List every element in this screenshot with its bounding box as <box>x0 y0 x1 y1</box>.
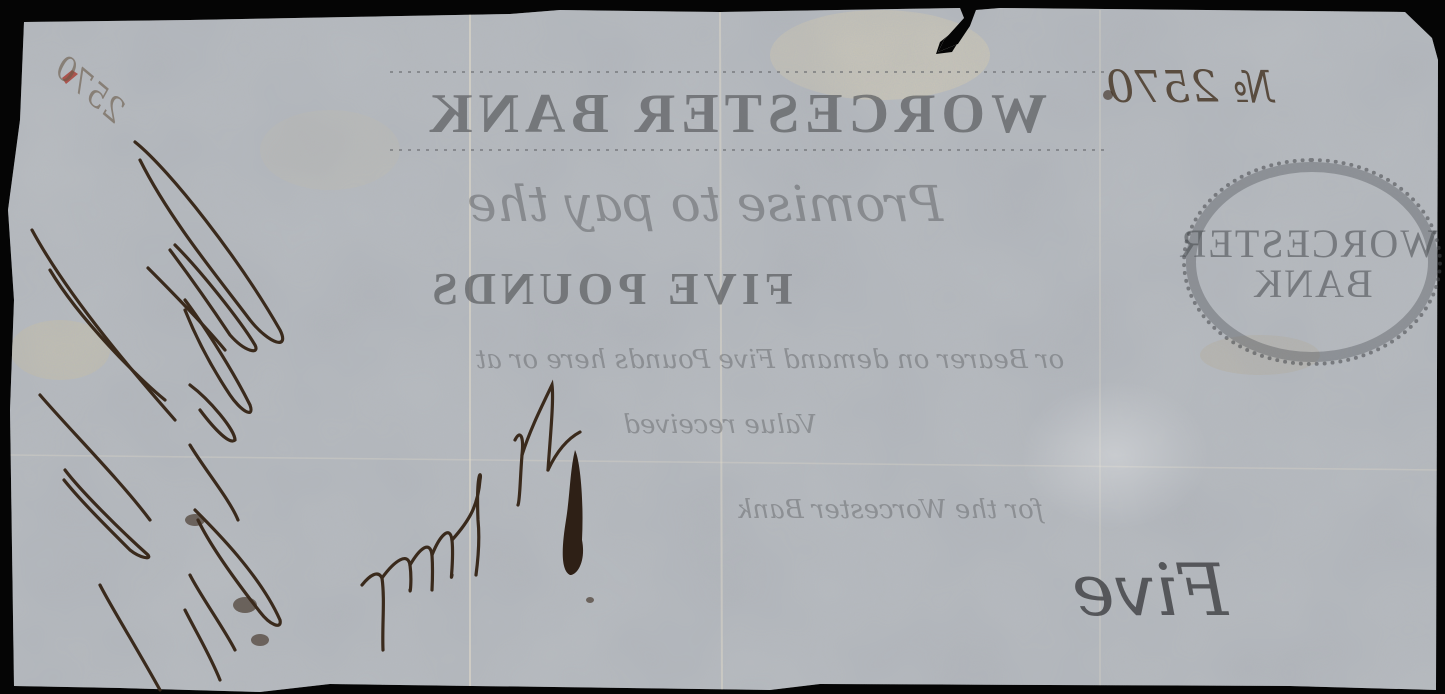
serial-number-mirrored: № 2570 <box>1090 62 1290 113</box>
stamp-text: WORCESTER BANK <box>1186 224 1438 304</box>
banknote-photo: WORCESTER BANK Promise to pay the FIVE P… <box>0 0 1445 694</box>
bank-name-mirrored: WORCESTER BANK <box>350 82 1120 146</box>
amount-script-mirrored: Five <box>1040 548 1260 632</box>
script-line-1-mirrored: or Bearer on demand Five Pounds here or … <box>380 345 1160 375</box>
promise-text-mirrored: Promise to pay the <box>380 175 1030 233</box>
script-line-2-mirrored: Value received <box>540 410 900 440</box>
amount-words-mirrored: FIVE POUNDS <box>300 262 920 315</box>
embossed-seal <box>1020 380 1210 530</box>
oval-bank-stamp: WORCESTER BANK <box>1182 158 1442 366</box>
